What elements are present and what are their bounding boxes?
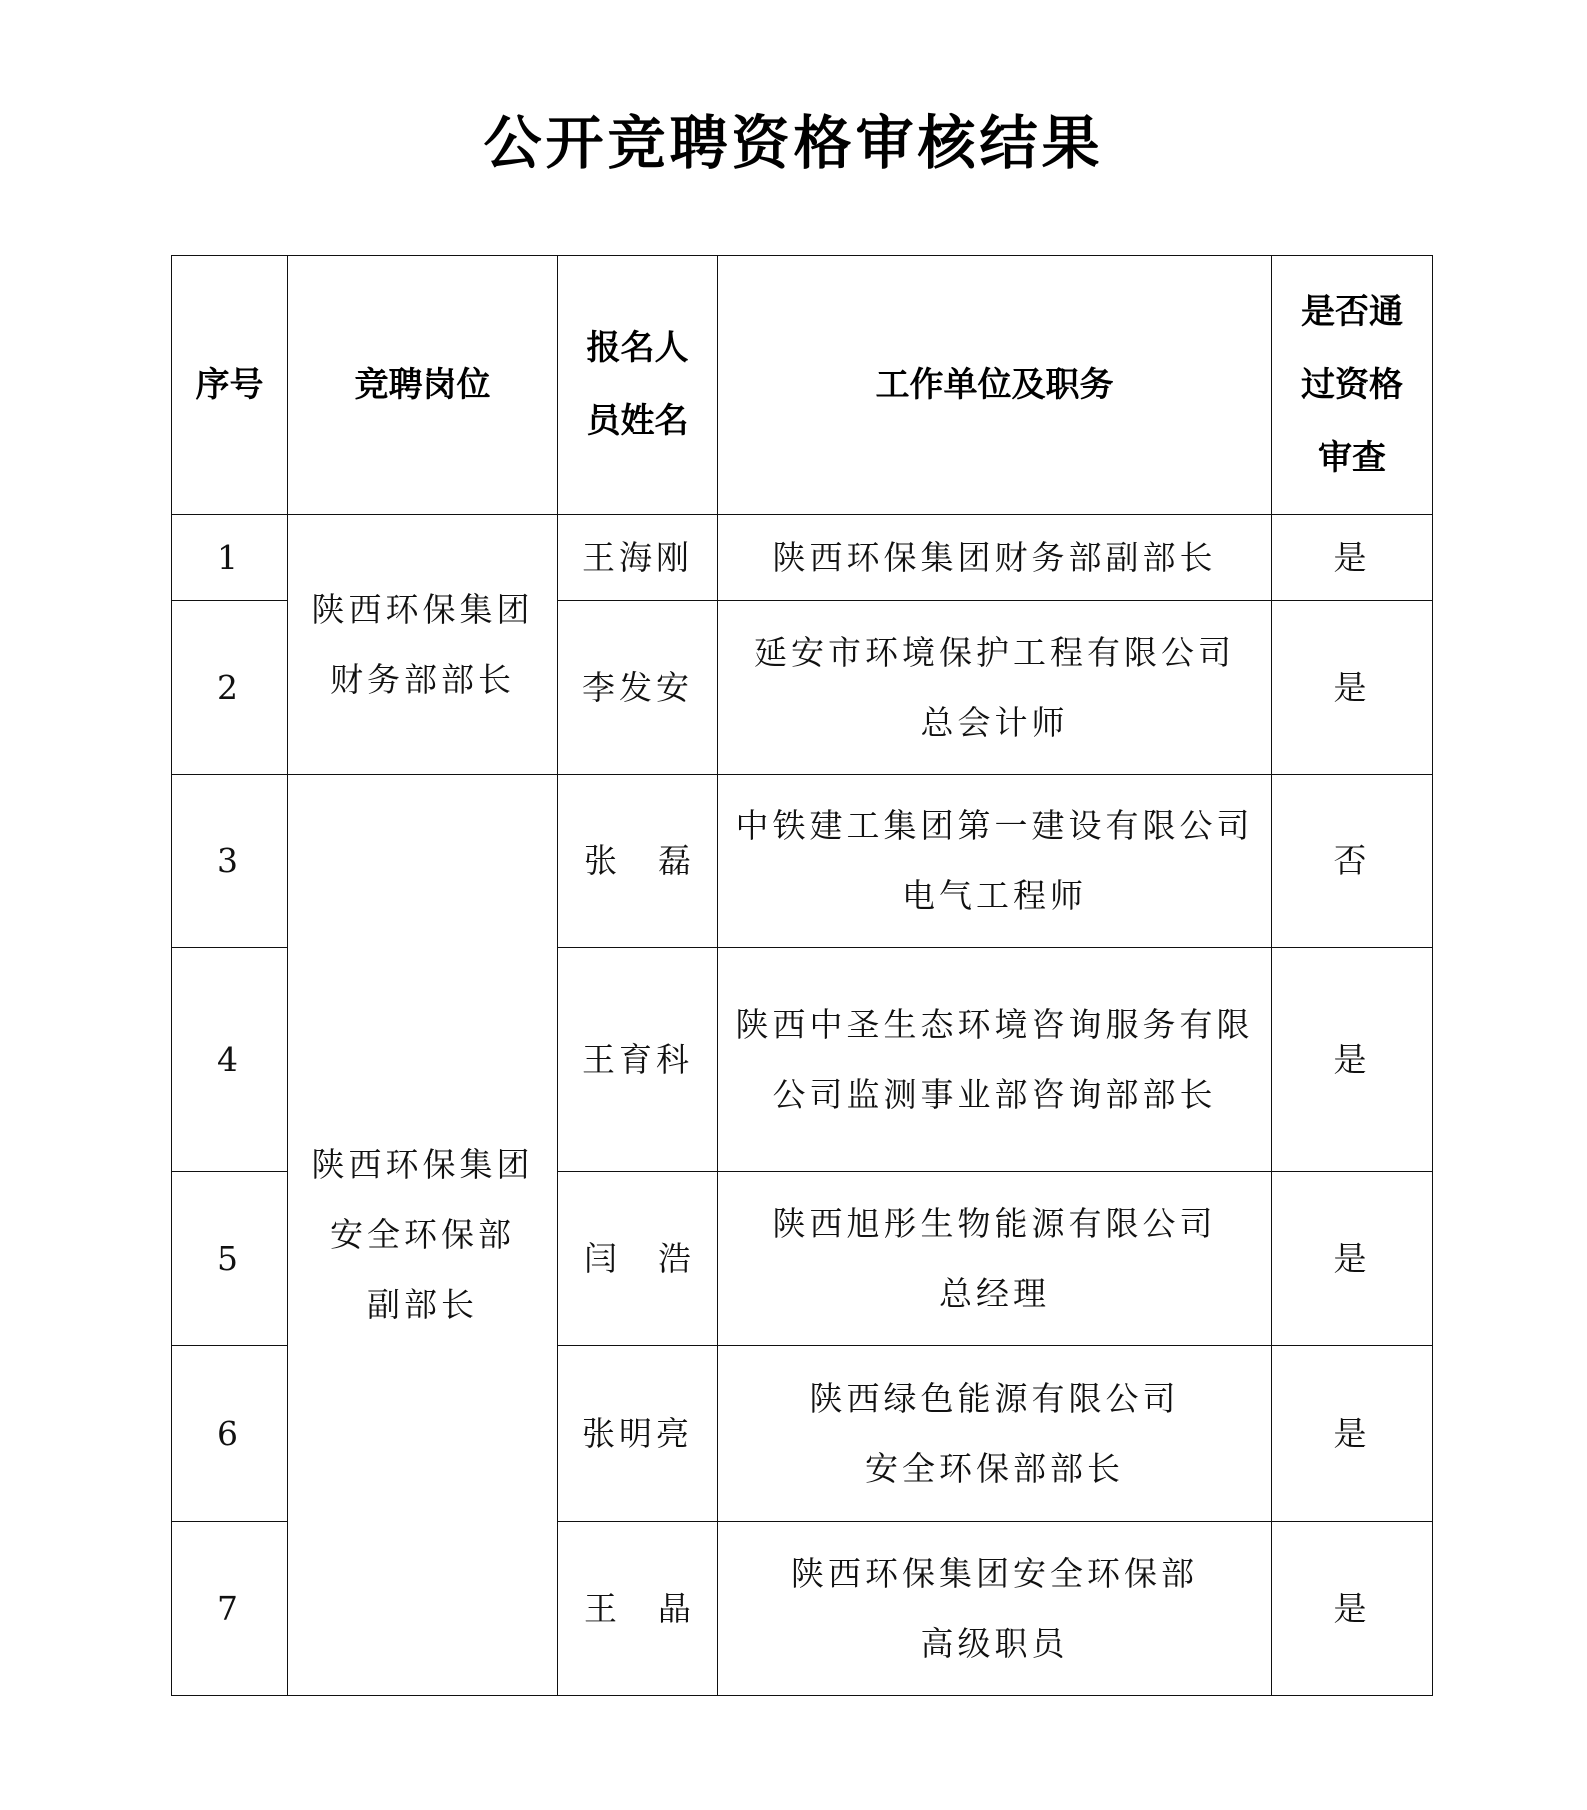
passed-cell: 是 — [1272, 515, 1433, 601]
passed-cell: 是 — [1272, 1172, 1433, 1346]
position-cell: 陕西环保集团 安全环保部 副部长 — [288, 775, 558, 1696]
header-passed: 是否通 过资格 审查 — [1272, 256, 1433, 515]
passed-cell: 是 — [1272, 1346, 1433, 1522]
table-row: 3 陕西环保集团 安全环保部 副部长 张 磊 中铁建工集团第一建设有限公司 电气… — [172, 775, 1433, 948]
unit-cell: 中铁建工集团第一建设有限公司 电气工程师 — [718, 775, 1272, 948]
header-row: 序号 竞聘岗位 报名人 员姓名 工作单位及职务 是否通 过资格 审查 — [172, 256, 1433, 515]
header-seq: 序号 — [172, 256, 288, 515]
seq-cell: 3 — [172, 775, 288, 948]
seq-cell: 2 — [172, 601, 288, 775]
passed-cell: 是 — [1272, 601, 1433, 775]
passed-cell: 是 — [1272, 1522, 1433, 1696]
unit-cell: 陕西中圣生态环境咨询服务有限 公司监测事业部咨询部部长 — [718, 948, 1272, 1172]
name-cell: 王 晶 — [558, 1522, 718, 1696]
unit-cell: 陕西环保集团安全环保部 高级职员 — [718, 1522, 1272, 1696]
name-cell: 张明亮 — [558, 1346, 718, 1522]
position-cell: 陕西环保集团 财务部部长 — [288, 515, 558, 775]
seq-cell: 7 — [172, 1522, 288, 1696]
name-cell: 王海刚 — [558, 515, 718, 601]
seq-cell: 4 — [172, 948, 288, 1172]
seq-cell: 5 — [172, 1172, 288, 1346]
page-title: 公开竞聘资格审核结果 — [0, 104, 1587, 182]
name-cell: 李发安 — [558, 601, 718, 775]
name-cell: 张 磊 — [558, 775, 718, 948]
seq-cell: 1 — [172, 515, 288, 601]
header-position: 竞聘岗位 — [288, 256, 558, 515]
unit-cell: 陕西旭彤生物能源有限公司 总经理 — [718, 1172, 1272, 1346]
seq-cell: 6 — [172, 1346, 288, 1522]
unit-cell: 延安市环境保护工程有限公司 总会计师 — [718, 601, 1272, 775]
qualification-results-table: 序号 竞聘岗位 报名人 员姓名 工作单位及职务 是否通 过资格 审查 1 陕西环… — [171, 255, 1433, 1696]
name-cell: 王育科 — [558, 948, 718, 1172]
passed-cell: 否 — [1272, 775, 1433, 948]
unit-cell: 陕西环保集团财务部副部长 — [718, 515, 1272, 601]
table-row: 1 陕西环保集团 财务部部长 王海刚 陕西环保集团财务部副部长 是 — [172, 515, 1433, 601]
unit-cell: 陕西绿色能源有限公司 安全环保部部长 — [718, 1346, 1272, 1522]
header-name: 报名人 员姓名 — [558, 256, 718, 515]
name-cell: 闫 浩 — [558, 1172, 718, 1346]
passed-cell: 是 — [1272, 948, 1433, 1172]
header-unit: 工作单位及职务 — [718, 256, 1272, 515]
